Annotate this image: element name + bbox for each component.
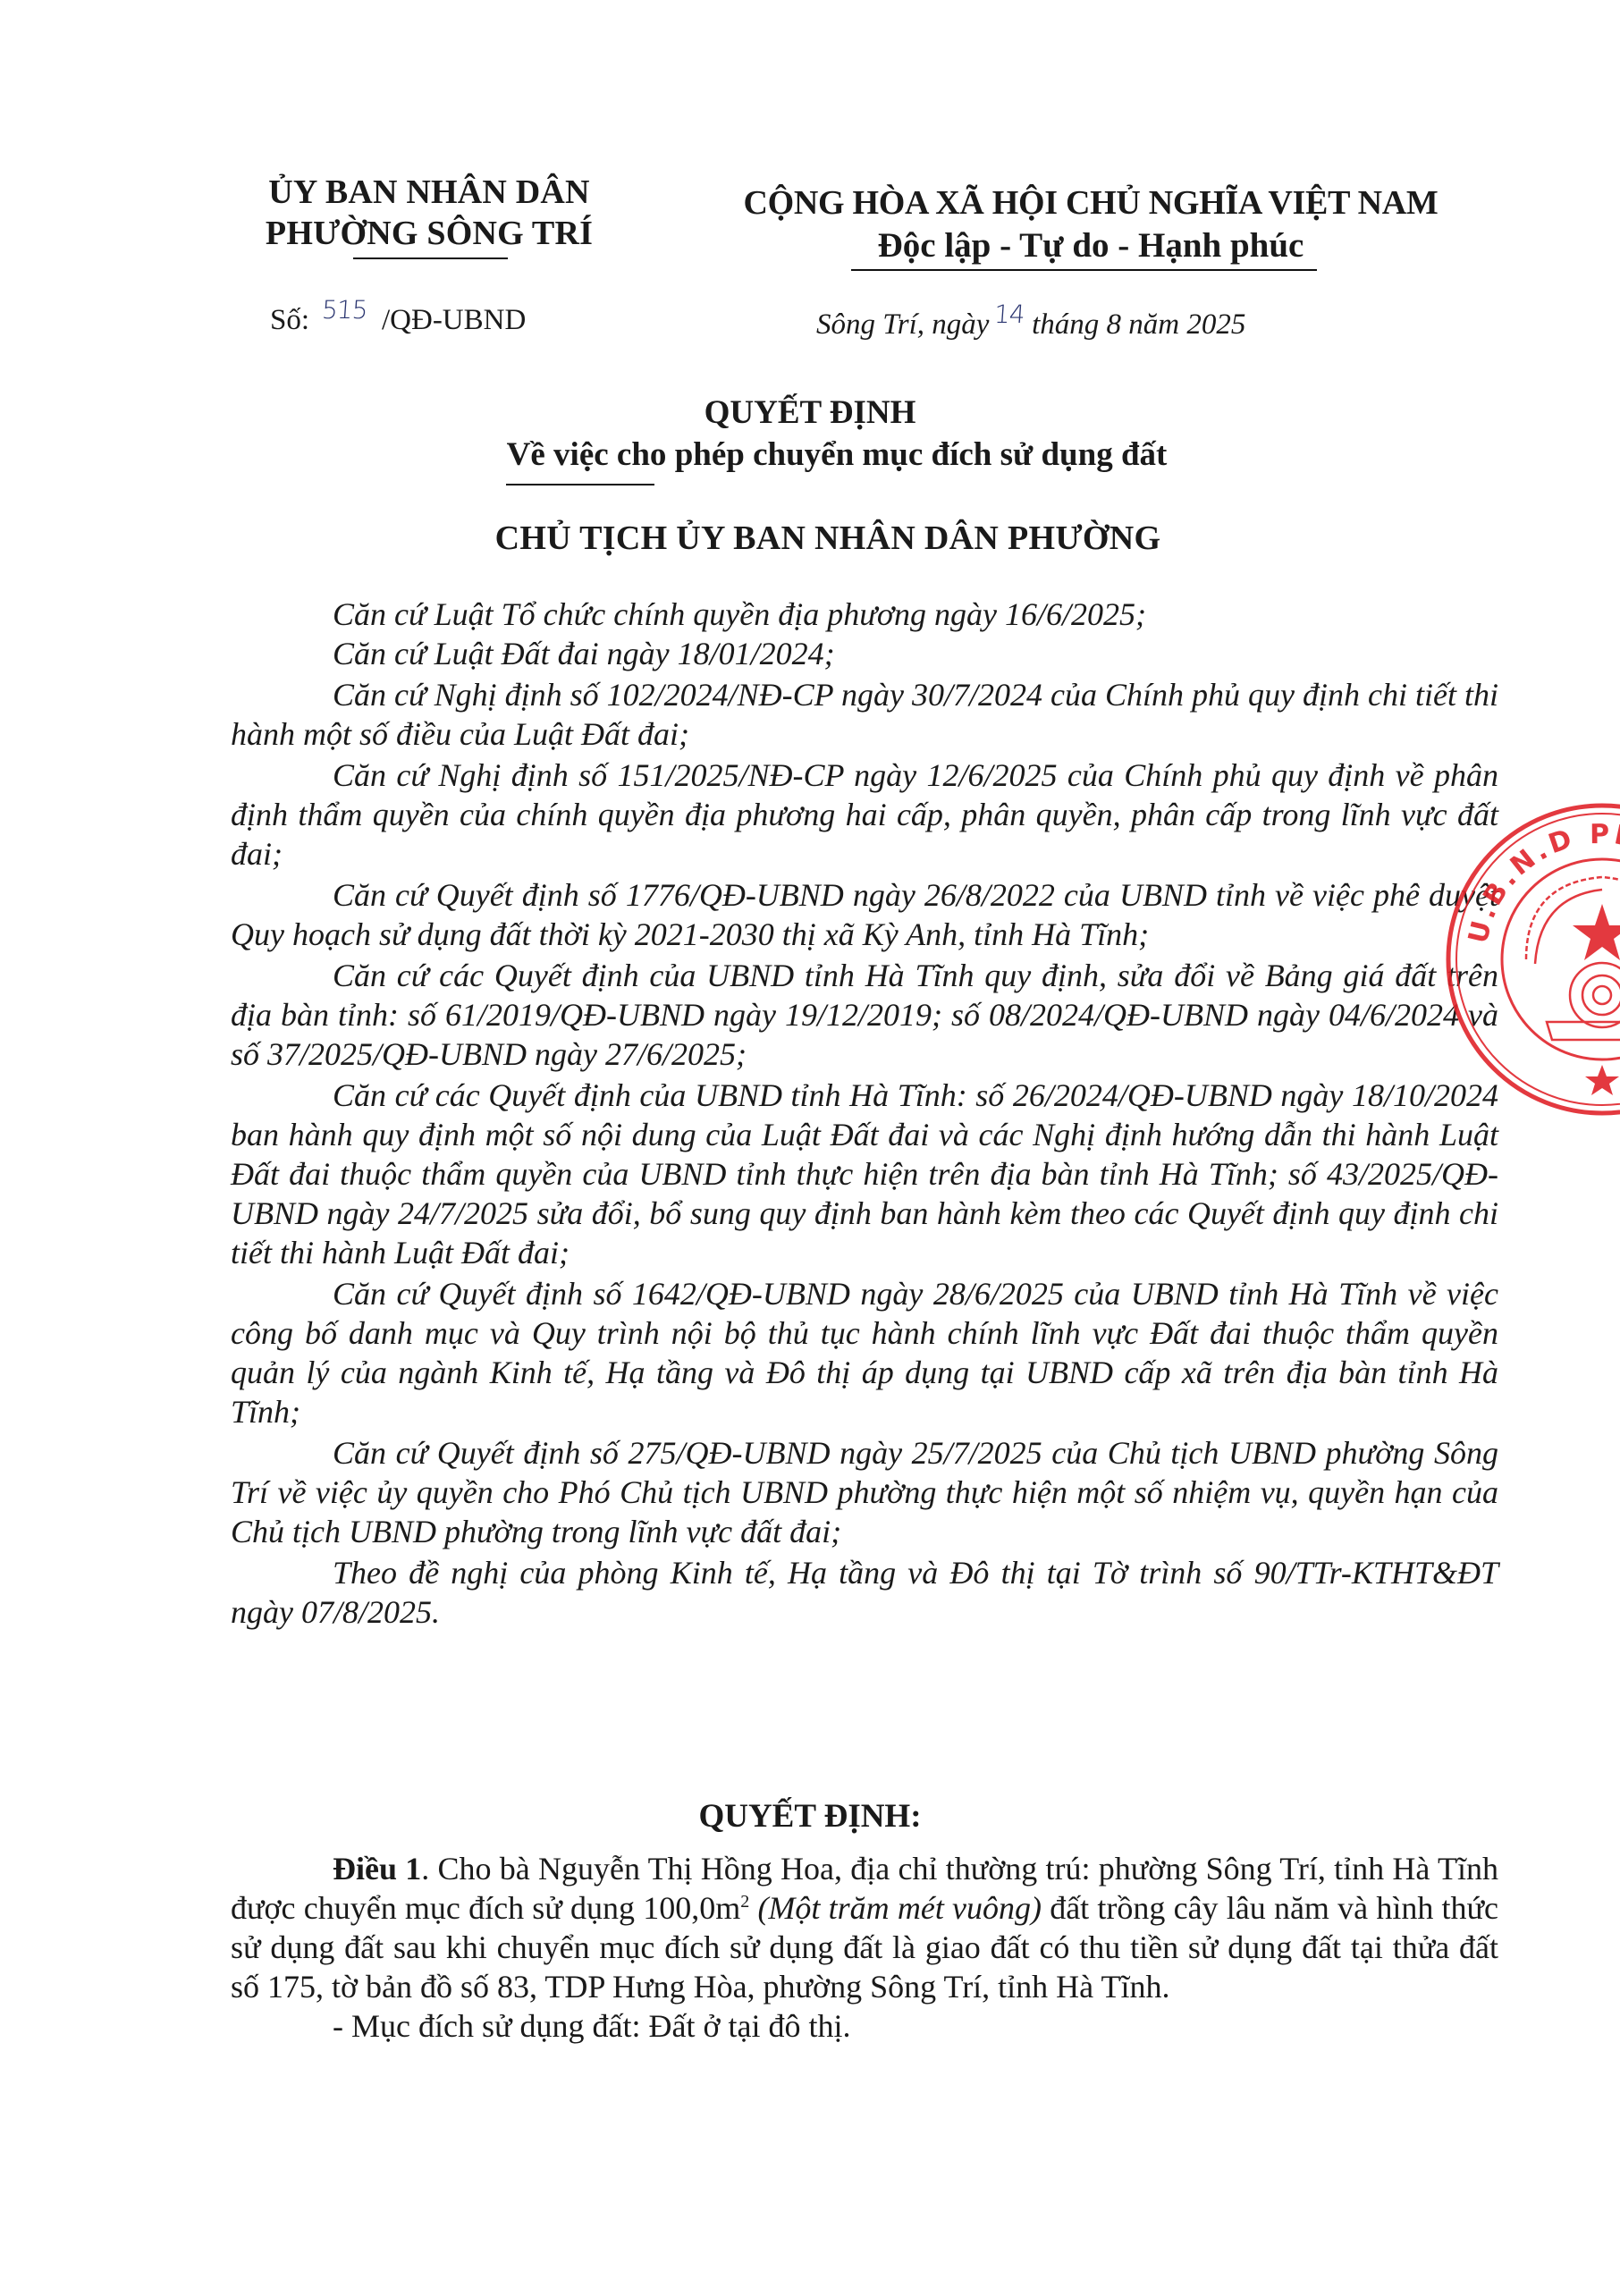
number-prefix: Số:: [270, 304, 309, 336]
motto: Độc lập - Tự do - Hạnh phúc: [697, 224, 1484, 267]
number-suffix: /QĐ-UBND: [382, 304, 526, 336]
document-page: ỦY BAN NHÂN DÂN PHƯỜNG SÔNG TRÍ CỘNG HÒA…: [0, 0, 1620, 2296]
agency-underline: [353, 257, 508, 259]
land-use-purpose: - Mục đích sử dụng đất: Đất ở tại đô thị…: [231, 2006, 1498, 2046]
ground-item: Căn cứ Nghị định số 151/2025/NĐ-CP ngày …: [231, 755, 1498, 874]
date-suffix: tháng 8 năm 2025: [1032, 308, 1245, 341]
article-label: Điều 1: [333, 1851, 421, 1887]
handwritten-number: 515: [316, 295, 375, 325]
decision-heading: QUYẾT ĐỊNH:: [0, 1797, 1620, 1836]
ground-item: Căn cứ Luật Tổ chức chính quyền địa phươ…: [231, 595, 1498, 634]
ground-item: Căn cứ Quyết định số 275/QĐ-UBND ngày 25…: [231, 1433, 1498, 1551]
document-type-title: QUYẾT ĐỊNH: [0, 393, 1620, 432]
area-unit-superscript: 2: [740, 1892, 749, 1912]
document-number: Số: 515 /QĐ-UBND: [270, 304, 526, 337]
agency-line-1: ỦY BAN NHÂN DÂN: [228, 172, 630, 213]
motto-underline: [851, 269, 1317, 271]
legal-grounds: Căn cứ Luật Tổ chức chính quyền địa phươ…: [231, 595, 1498, 1633]
nation-name: CỘNG HÒA XÃ HỘI CHỦ NGHĨA VIỆT NAM: [697, 181, 1484, 224]
issuing-authority-title: CHỦ TỊCH ỦY BAN NHÂN DÂN PHƯỜNG: [18, 519, 1620, 558]
ground-item: Theo đề nghị của phòng Kinh tế, Hạ tầng …: [231, 1553, 1498, 1632]
handwritten-day: 14: [988, 300, 1033, 329]
subject-part-2: phép chuyển mục: [675, 436, 924, 473]
document-subject: Về việc cho phép chuyển mục đích sử dụng…: [27, 435, 1620, 474]
ground-item: Căn cứ các Quyết định của UBND tỉnh Hà T…: [231, 1076, 1498, 1272]
subject-part-1: Về việc cho: [507, 436, 675, 473]
issuing-agency: ỦY BAN NHÂN DÂN PHƯỜNG SÔNG TRÍ: [228, 172, 630, 259]
ground-item: Căn cứ Nghị định số 102/2024/NĐ-CP ngày …: [231, 675, 1498, 754]
national-motto: CỘNG HÒA XÃ HỘI CHỦ NGHĨA VIỆT NAM Độc l…: [697, 181, 1484, 271]
date-prefix: Sông Trí, ngày: [816, 308, 989, 341]
ground-item: Căn cứ các Quyết định của UBND tỉnh Hà T…: [231, 956, 1498, 1074]
agency-line-2: PHƯỜNG SÔNG TRÍ: [228, 213, 630, 254]
ground-item: Căn cứ Luật Đất đai ngày 18/01/2024;: [231, 634, 1498, 673]
area-in-words: (Một trăm mét vuông): [757, 1890, 1042, 1926]
subject-underline: [506, 484, 654, 485]
subject-part-3: đích sử dụng đất: [923, 436, 1167, 473]
article-1-body: Điều 1. Cho bà Nguyễn Thị Hồng Hoa, địa …: [231, 1849, 1498, 2006]
ground-item: Căn cứ Quyết định số 1642/QĐ-UBND ngày 2…: [231, 1274, 1498, 1431]
ground-item: Căn cứ Quyết định số 1776/QĐ-UBND ngày 2…: [231, 875, 1498, 954]
issue-date: Sông Trí, ngày14tháng 8 năm 2025: [816, 308, 1245, 342]
article-1: Điều 1. Cho bà Nguyễn Thị Hồng Hoa, địa …: [231, 1849, 1498, 2046]
